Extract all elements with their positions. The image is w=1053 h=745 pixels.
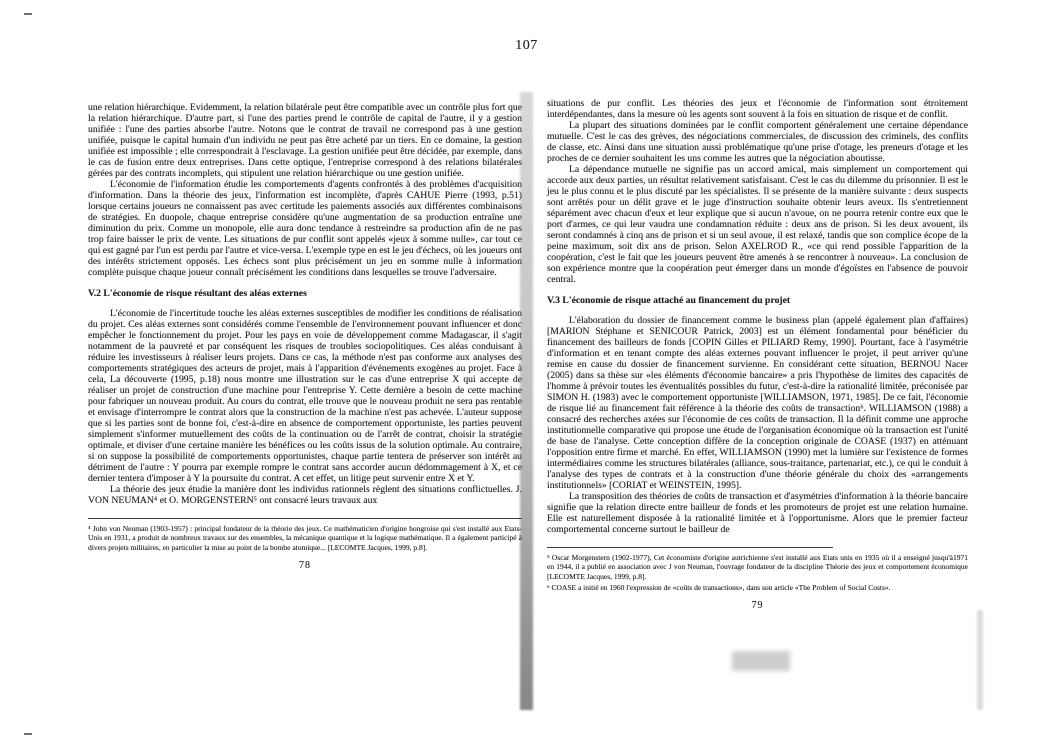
section-heading-v2: V.2 L'économie de risque résultant des a…	[88, 288, 522, 299]
paragraph: L'élaboration du dossier de financement …	[547, 315, 968, 491]
paragraph: La transposition des théories de coûts d…	[547, 491, 968, 535]
paragraph: situations de pur conflit. Les théories …	[547, 98, 968, 120]
paragraph: L'économie de l'information étudie les c…	[88, 179, 522, 278]
left-page: une relation hiérarchique. Evidemment, l…	[88, 102, 522, 571]
crop-mark	[24, 13, 32, 15]
right-page: situations de pur conflit. Les théories …	[547, 98, 968, 611]
section-heading-v3: V.3 L'économie de risque attaché au fina…	[547, 295, 968, 306]
scan-edge-shadow	[977, 610, 983, 710]
scanned-book-spread: 107 une relation hiérarchique. Evidemmen…	[0, 0, 1053, 745]
footnote: ⁶ COASE a initié en 1960 l'expression de…	[547, 583, 968, 592]
paragraph: La dépendance mutuelle ne signifie pas u…	[547, 164, 968, 285]
footnote-separator	[547, 547, 833, 548]
paragraph: La théorie des jeux étudie la manière do…	[88, 484, 522, 506]
crop-mark	[24, 733, 32, 735]
footnote-separator	[88, 518, 522, 519]
paragraph: La plupart des situations dominées par l…	[547, 120, 968, 164]
page-number: 79	[547, 600, 968, 611]
scan-smudge	[732, 651, 790, 671]
spread-page-number: 107	[0, 38, 1053, 54]
paragraph: une relation hiérarchique. Evidemment, l…	[88, 102, 522, 179]
page-number: 78	[88, 560, 522, 571]
footnote: ⁵ Oscar Morgenstern (1902-1977), Cet éco…	[547, 553, 968, 581]
binding-shadow	[520, 92, 533, 710]
paragraph: L'économie de l'incertitude touche les a…	[88, 308, 522, 484]
footnote: ⁴ John von Neuman (1903-1957) : principa…	[88, 524, 522, 552]
